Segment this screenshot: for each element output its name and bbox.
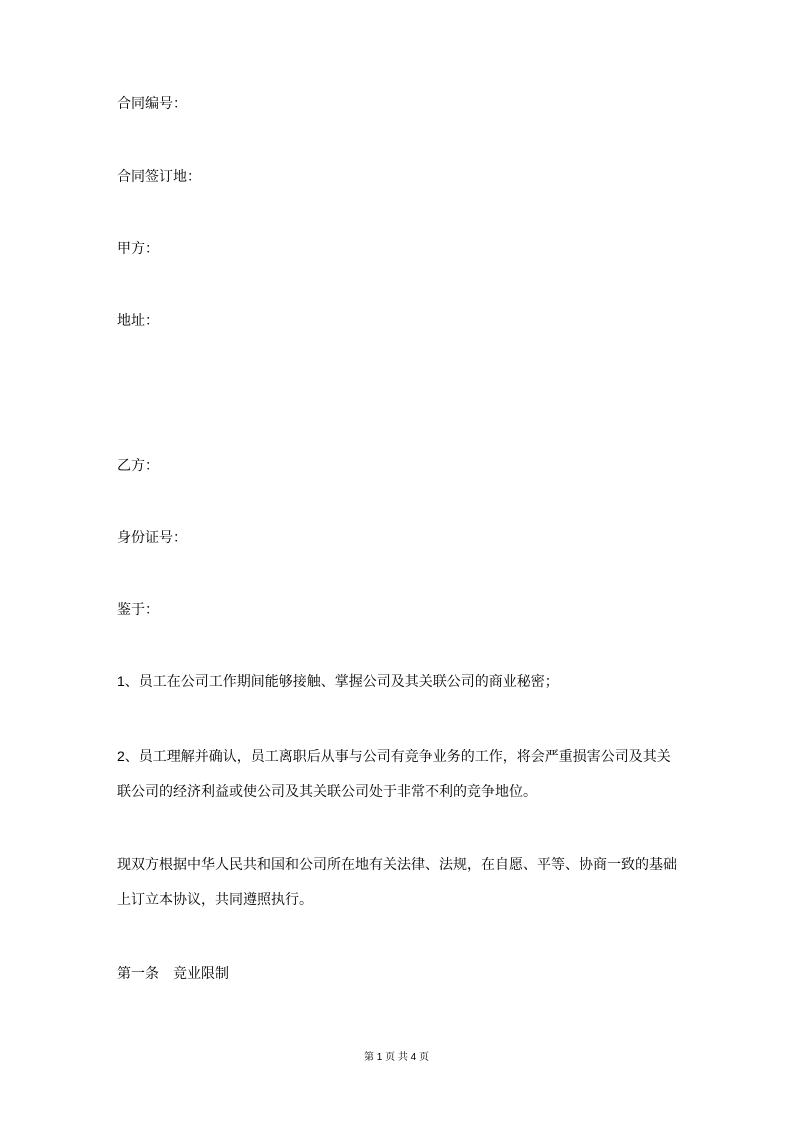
field-signing-place-label: 合同签订地： — [117, 159, 677, 194]
recital-item-2: 2、员工理解并确认，员工离职后从事与公司有竞争业务的工作，将会严重损害公司及其关… — [117, 739, 677, 809]
agreement-clause: 现双方根据中华人民共和国和公司所在地有关法律、法规，在自愿、平等、协商一致的基础… — [117, 847, 677, 917]
field-id-number-label: 身份证号： — [117, 520, 677, 555]
field-party-b-label: 乙方： — [117, 448, 677, 483]
document-page: 合同编号： 合同签订地： 甲方： 地址： 乙方： 身份证号： 鉴于： 1、员工在… — [0, 0, 793, 1122]
recital-item-1: 1、员工在公司工作期间能够接触、掌握公司及其关联公司的商业秘密； — [117, 664, 677, 699]
field-party-a-label: 甲方： — [117, 231, 677, 266]
field-contract-number-label: 合同编号： — [117, 86, 677, 121]
whereas-label: 鉴于： — [117, 592, 677, 627]
page-number-footer: 第 1 页 共 4 页 — [0, 1051, 793, 1065]
section-heading: 第一条 竞业限制 — [117, 956, 677, 991]
field-address-label: 地址： — [117, 303, 677, 338]
